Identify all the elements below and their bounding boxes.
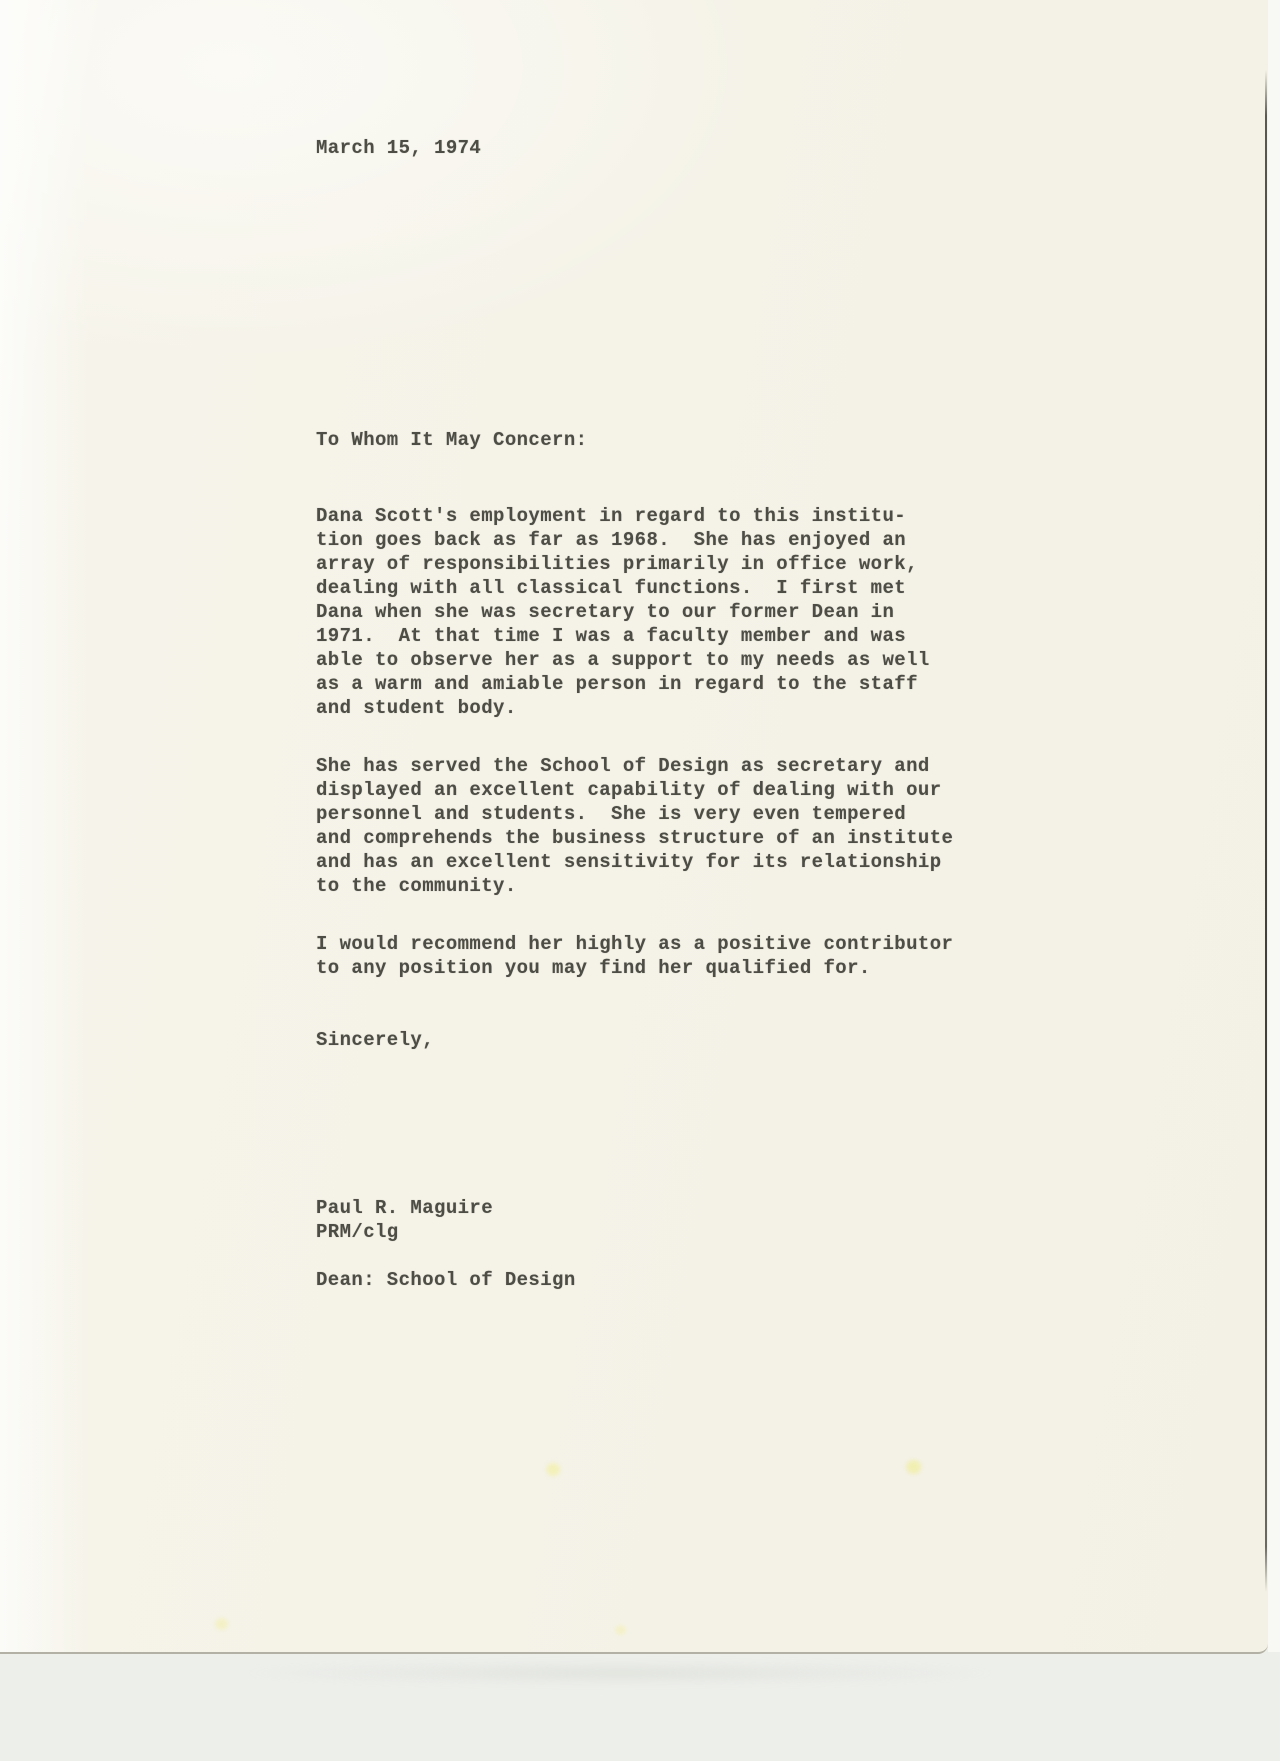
- letter-paragraph: Dana Scott's employment in regard to thi…: [316, 504, 930, 720]
- scan-shadow-smudge: [240, 1660, 1000, 1686]
- signature-name: Paul R. Maguire: [316, 1196, 576, 1220]
- letter-paper: March 15, 1974 To Whom It May Concern: D…: [0, 0, 1268, 1654]
- paper-stain: [906, 1460, 921, 1474]
- paper-stain: [215, 1618, 228, 1630]
- signature-block: Paul R. Maguire Dean: School of Design: [316, 1148, 576, 1340]
- letter-date: March 15, 1974: [316, 136, 481, 160]
- signature-title: Dean: School of Design: [316, 1268, 576, 1292]
- paper-stain: [615, 1625, 626, 1635]
- letter-closing: Sincerely,: [316, 1028, 434, 1052]
- letter-salutation: To Whom It May Concern:: [316, 428, 587, 452]
- paper-stain: [546, 1463, 560, 1476]
- reference-initials: PRM/clg: [316, 1220, 399, 1244]
- letter-paragraph: I would recommend her highly as a positi…: [316, 932, 953, 980]
- scan-edge-line: [1265, 70, 1267, 1592]
- scan-margin-strip: [1268, 0, 1280, 1652]
- letter-paragraph: She has served the School of Design as s…: [316, 754, 953, 898]
